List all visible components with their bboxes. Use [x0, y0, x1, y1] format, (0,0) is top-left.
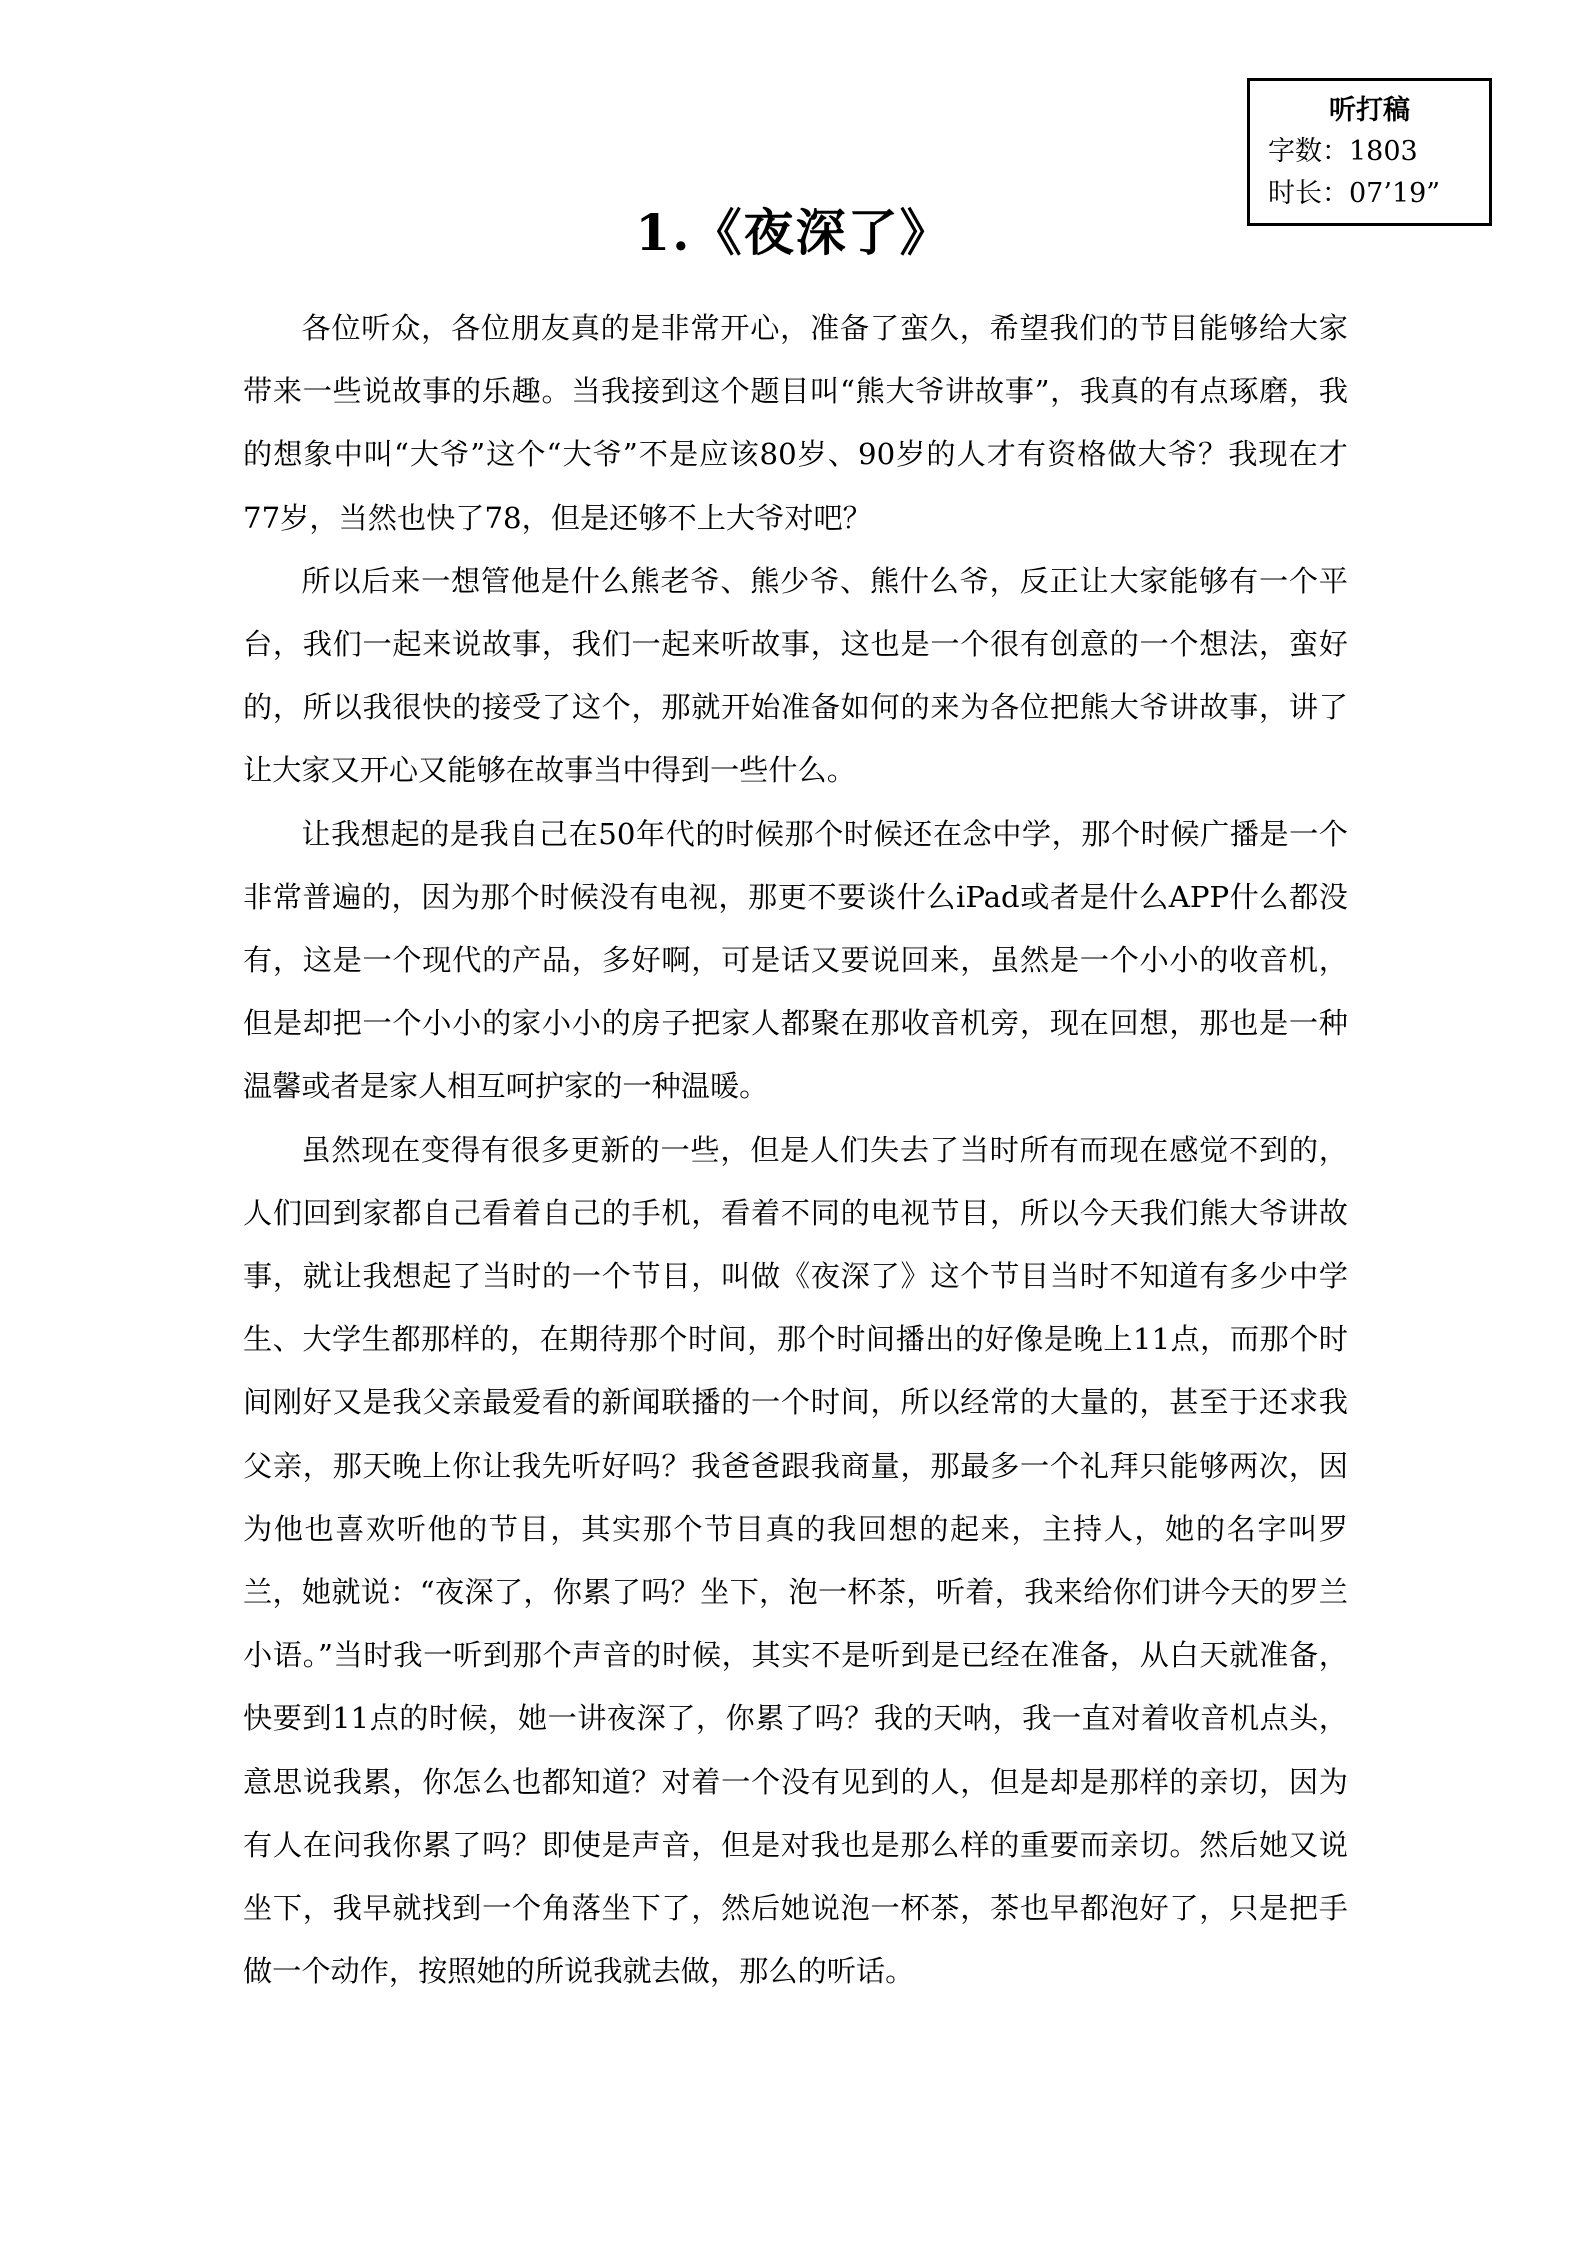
paragraph: 虽然现在变得有很多更新的一些，但是人们失去了当时所有而现在感觉不到的，人们回到家…: [243, 1119, 1348, 2004]
info-box-title: 听打稿: [1268, 91, 1471, 131]
paragraph: 让我想起的是我自己在50年代的时候那个时候还在念中学，那个时候广播是一个非常普遍…: [243, 803, 1348, 1119]
document-body: 各位听众，各位朋友真的是非常开心，准备了蛮久，希望我们的节目能够给大家带来一些说…: [243, 297, 1348, 2003]
word-count-label: 字数：: [1268, 136, 1349, 167]
paragraph: 各位听众，各位朋友真的是非常开心，准备了蛮久，希望我们的节目能够给大家带来一些说…: [243, 297, 1348, 550]
word-count: 字数：1803: [1268, 131, 1489, 173]
page-title: 1.《夜深了》: [0, 198, 1587, 268]
word-count-value: 1803: [1349, 136, 1418, 167]
paragraph: 所以后来一想管他是什么熊老爷、熊少爷、熊什么爷，反正让大家能够有一个平台，我们一…: [243, 550, 1348, 803]
